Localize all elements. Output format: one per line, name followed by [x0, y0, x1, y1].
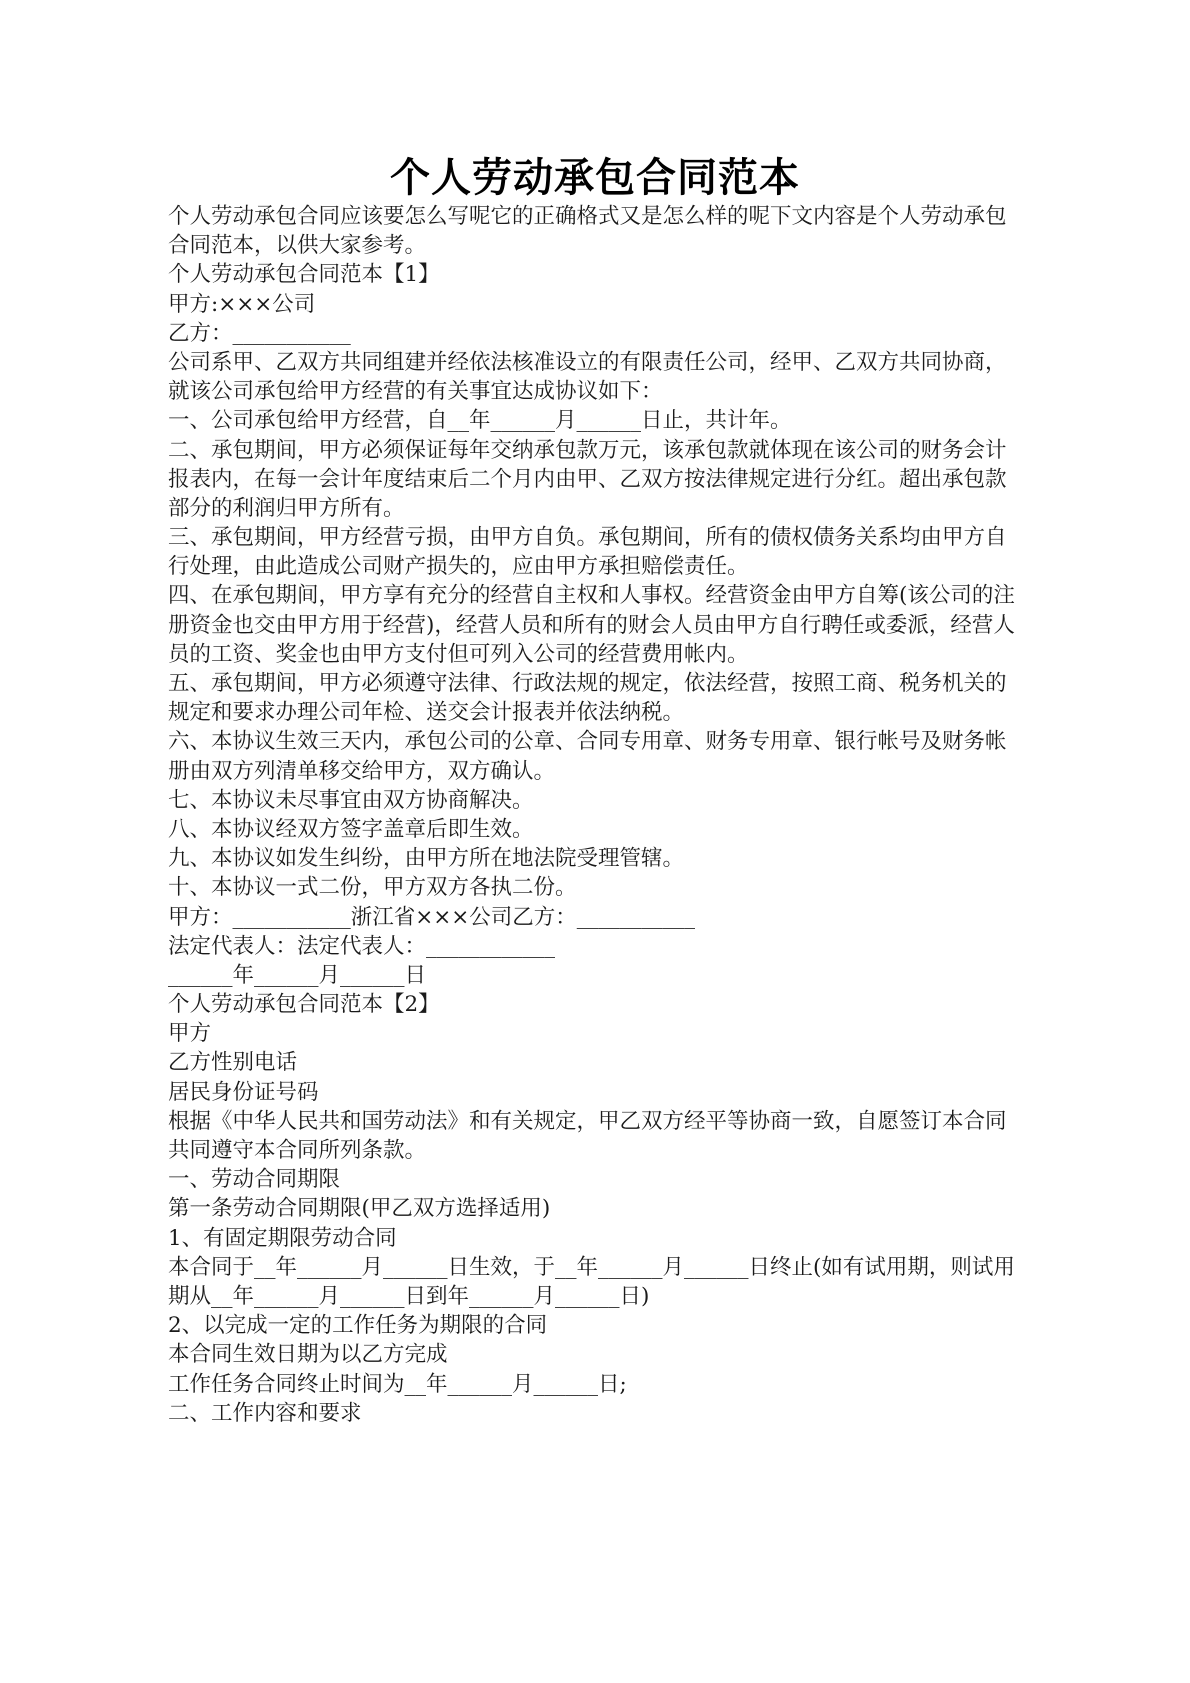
fixed-term-line-2: 期从__年______月______日到年______月______日)	[168, 1282, 958, 1311]
clause-2-line-1: 二、承包期间，甲方必须保证每年交纳承包款万元，该承包款就体现在该公司的财务会计	[168, 436, 958, 465]
chapter-2-heading: 二、工作内容和要求	[168, 1399, 958, 1428]
task-term-heading: 2、以完成一定的工作任务为期限的合同	[168, 1311, 958, 1340]
fixed-term-line-1: 本合同于__年______月______日生效，于__年______月_____…	[168, 1253, 958, 1282]
intro-line-2: 合同范本，以供大家参考。	[168, 231, 958, 260]
clause-5-line-1: 五、承包期间，甲方必须遵守法律、行政法规的规定，依法经营，按照工商、税务机关的	[168, 669, 958, 698]
clause-10: 十、本协议一式二份，甲方双方各执二份。	[168, 873, 958, 902]
clause-8: 八、本协议经双方签字盖章后即生效。	[168, 815, 958, 844]
party-b-line: 乙方：___________	[168, 319, 958, 348]
document-title: 个人劳动承包合同范本	[0, 154, 1190, 202]
party-a-line: 甲方:×××公司	[168, 290, 958, 319]
article-1-heading: 第一条劳动合同期限(甲乙双方选择适用)	[168, 1194, 958, 1223]
legal-basis-line-2: 共同遵守本合同所列条款。	[168, 1136, 958, 1165]
document-page: 个人劳动承包合同范本 个人劳动承包合同应该要怎么写呢它的正确格式又是怎么样的呢下…	[0, 0, 1190, 1683]
clause-2-line-3: 部分的利润归甲方所有。	[168, 494, 958, 523]
clause-6-line-1: 六、本协议生效三天内，承包公司的公章、合同专用章、财务专用章、银行帐号及财务帐	[168, 727, 958, 756]
preamble-line-2: 就该公司承包给甲方经营的有关事宜达成协议如下：	[168, 377, 958, 406]
party-b-info-label: 乙方性别电话	[168, 1048, 958, 1077]
clause-4-line-1: 四、在承包期间，甲方享有充分的经营自主权和人事权。经营资金由甲方自筹(该公司的注	[168, 581, 958, 610]
clause-4-line-2: 册资金也交由甲方用于经营)，经营人员和所有的财会人员由甲方自行聘任或委派，经营人	[168, 611, 958, 640]
party-a-label: 甲方	[168, 1019, 958, 1048]
clause-2-line-2: 报表内，在每一会计年度结束后二个月内由甲、乙双方按法律规定进行分红。超出承包款	[168, 465, 958, 494]
intro-line-1: 个人劳动承包合同应该要怎么写呢它的正确格式又是怎么样的呢下文内容是个人劳动承包	[168, 202, 958, 231]
id-number-label: 居民身份证号码	[168, 1078, 958, 1107]
clause-1: 一、公司承包给甲方经营，自__年______月______日止，共计年。	[168, 406, 958, 435]
signature-date-line: ______年______月______日	[168, 961, 958, 990]
section-heading-2: 个人劳动承包合同范本【2】	[168, 990, 958, 1019]
clause-5-line-2: 规定和要求办理公司年检、送交会计报表并依法纳税。	[168, 698, 958, 727]
clause-7: 七、本协议未尽事宜由双方协商解决。	[168, 786, 958, 815]
section-heading-1: 个人劳动承包合同范本【1】	[168, 260, 958, 289]
clause-3-line-2: 行处理，由此造成公司财产损失的，应由甲方承担赔偿责任。	[168, 552, 958, 581]
signature-parties-line: 甲方：___________浙江省×××公司乙方：___________	[168, 903, 958, 932]
clause-3-line-1: 三、承包期间，甲方经营亏损，由甲方自负。承包期间，所有的债权债务关系均由甲方自	[168, 523, 958, 552]
task-term-line-1: 本合同生效日期为以乙方完成	[168, 1340, 958, 1369]
document-body: 个人劳动承包合同应该要怎么写呢它的正确格式又是怎么样的呢下文内容是个人劳动承包 …	[168, 202, 958, 1428]
preamble-line-1: 公司系甲、乙双方共同组建并经依法核准设立的有限责任公司，经甲、乙双方共同协商，	[168, 348, 958, 377]
fixed-term-heading: 1、有固定期限劳动合同	[168, 1224, 958, 1253]
legal-basis-line-1: 根据《中华人民共和国劳动法》和有关规定，甲乙双方经平等协商一致，自愿签订本合同	[168, 1107, 958, 1136]
clause-6-line-2: 册由双方列清单移交给甲方，双方确认。	[168, 757, 958, 786]
legal-representative-line: 法定代表人：法定代表人：____________	[168, 932, 958, 961]
task-term-line-2: 工作任务合同终止时间为__年______月______日;	[168, 1370, 958, 1399]
clause-4-line-3: 员的工资、奖金也由甲方支付但可列入公司的经营费用帐内。	[168, 640, 958, 669]
clause-9: 九、本协议如发生纠纷，由甲方所在地法院受理管辖。	[168, 844, 958, 873]
chapter-1-heading: 一、劳动合同期限	[168, 1165, 958, 1194]
